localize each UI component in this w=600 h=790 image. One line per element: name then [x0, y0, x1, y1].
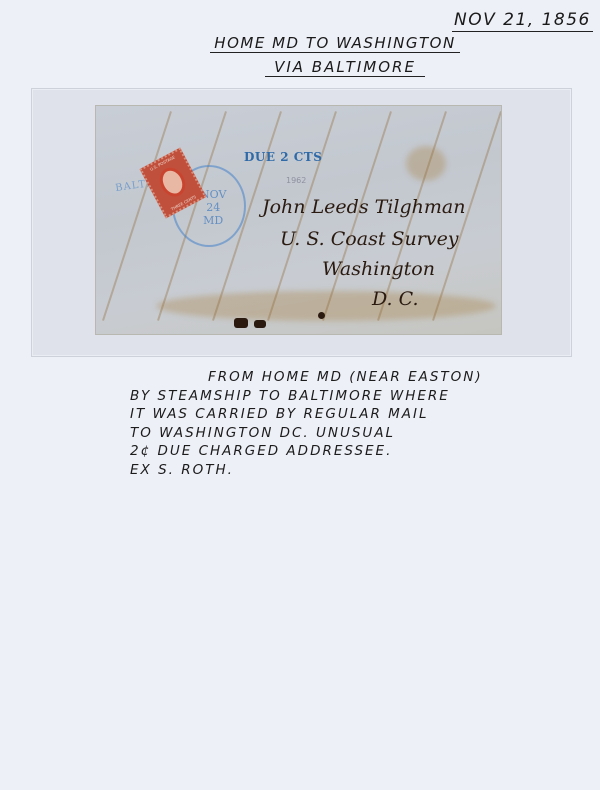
ink-blot	[234, 318, 248, 328]
caption-line: EX S. ROTH.	[130, 461, 483, 480]
washington-portrait-icon	[155, 163, 190, 201]
caption-line: TO WASHINGTON DC. UNUSUAL	[130, 424, 483, 443]
route-subtitle: VIA BALTIMORE	[265, 58, 425, 77]
address-name: John Leeds Tilghman	[262, 196, 465, 218]
cover-date: NOV 21, 1856	[452, 10, 593, 32]
address-district: D. C.	[372, 288, 419, 310]
stampless-cover	[95, 105, 502, 335]
caption-line: FROM HOME MD (NEAR EASTON)	[130, 368, 483, 387]
due-handstamp: DUE 2 CTS	[244, 150, 322, 164]
caption-line: BY STEAMSHIP TO BALTIMORE WHERE	[130, 387, 483, 406]
address-office: U. S. Coast Survey	[280, 228, 459, 250]
ink-blot	[254, 320, 266, 328]
caption-line: 2¢ DUE CHARGED ADDRESSEE.	[130, 442, 483, 461]
route-title: HOME MD TO WASHINGTON	[210, 34, 460, 53]
description-caption: FROM HOME MD (NEAR EASTON) BY STEAMSHIP …	[130, 368, 483, 479]
pencil-notation: 1962	[286, 176, 306, 185]
show-through-ink	[102, 111, 172, 321]
address-city: Washington	[322, 258, 435, 280]
caption-line: IT WAS CARRIED BY REGULAR MAIL	[130, 405, 483, 424]
ink-blot	[318, 312, 325, 319]
